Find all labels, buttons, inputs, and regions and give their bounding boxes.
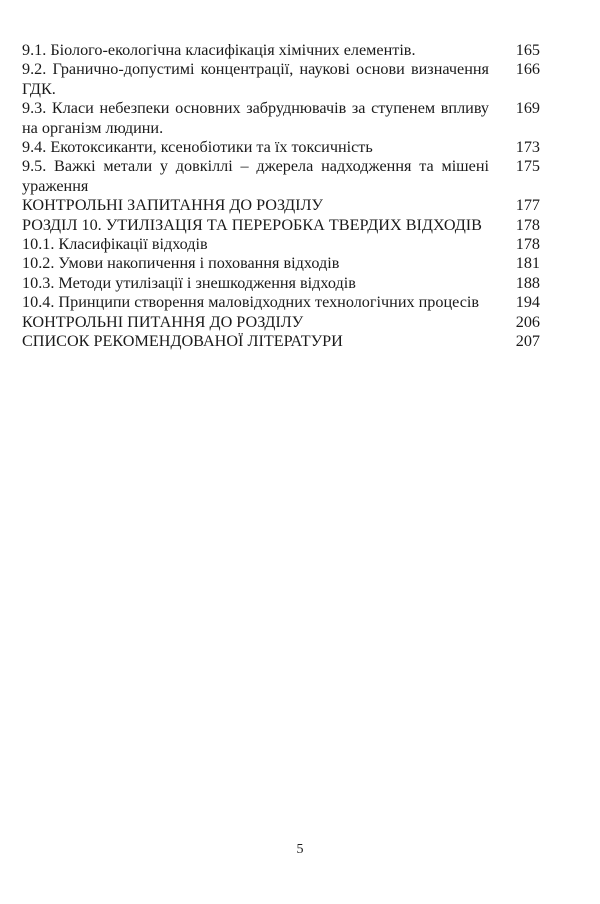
toc-entry-page: 177 [500, 196, 544, 215]
toc-entry: 9.3. Класи небезпеки основних забруднюва… [22, 99, 544, 138]
toc-entry: 9.5. Важкі метали у довкіллі – джерела н… [22, 157, 544, 196]
toc-entry: КОНТРОЛЬНІ ПИТАННЯ ДО РОЗДІЛУ 206 [22, 313, 544, 332]
toc-entry: 9.2. Гранично-допустимі концентрації, на… [22, 60, 544, 99]
toc-entry: КОНТРОЛЬНІ ЗАПИТАННЯ ДО РОЗДІЛУ 177 [22, 196, 544, 215]
toc-entry-page: 173 [500, 138, 544, 157]
page-number: 5 [0, 842, 600, 858]
toc-entry-title: КОНТРОЛЬНІ ПИТАННЯ ДО РОЗДІЛУ [22, 313, 489, 332]
toc-entry-page: 175 [500, 157, 544, 176]
toc-entry-page: 178 [500, 235, 544, 254]
toc-entry-page: 206 [500, 313, 544, 332]
toc-entry: 10.1. Класифікації відходів 178 [22, 235, 544, 254]
toc-entry-page: 188 [500, 274, 544, 293]
toc-entry-page: 178 [500, 216, 544, 235]
toc-entry-page: 181 [500, 254, 544, 273]
toc-entry-title: РОЗДІЛ 10. УТИЛІЗАЦІЯ ТА ПЕРЕРОБКА ТВЕРД… [22, 216, 489, 235]
toc-entry-title: 10.2. Умови накопичення і поховання відх… [22, 254, 489, 273]
toc-entry-title: 10.1. Класифікації відходів [22, 235, 489, 254]
toc-entry-page: 169 [500, 99, 544, 118]
toc-entry-title: 9.1. Біолого-екологічна класифікація хім… [22, 41, 489, 60]
toc-entry: 10.3. Методи утилізації і знешкодження в… [22, 274, 544, 293]
table-of-contents: 9.1. Біолого-екологічна класифікація хім… [22, 41, 544, 352]
toc-entry: 9.4. Екотоксиканти, ксенобіотики та їх т… [22, 138, 544, 157]
toc-entry: РОЗДІЛ 10. УТИЛІЗАЦІЯ ТА ПЕРЕРОБКА ТВЕРД… [22, 216, 544, 235]
toc-entry-title: СПИСОК РЕКОМЕНДОВАНОЇ ЛІТЕРАТУРИ [22, 332, 489, 351]
toc-entry-page: 194 [500, 293, 544, 312]
toc-entry-title: 9.4. Екотоксиканти, ксенобіотики та їх т… [22, 138, 489, 157]
toc-entry-page: 165 [500, 41, 544, 60]
toc-entry-title: КОНТРОЛЬНІ ЗАПИТАННЯ ДО РОЗДІЛУ [22, 196, 489, 215]
toc-entry-page: 207 [500, 332, 544, 351]
toc-entry-title: 10.4. Принципи створення маловідходних т… [22, 293, 489, 312]
toc-entry: 9.1. Біолого-екологічна класифікація хім… [22, 41, 544, 60]
toc-entry-title: 9.2. Гранично-допустимі концентрації, на… [22, 60, 489, 99]
toc-entry-page: 166 [500, 60, 544, 79]
toc-entry-title: 10.3. Методи утилізації і знешкодження в… [22, 274, 489, 293]
toc-entry-title: 9.5. Важкі метали у довкіллі – джерела н… [22, 157, 489, 196]
toc-entry: 10.2. Умови накопичення і поховання відх… [22, 254, 544, 273]
toc-entry-title: 9.3. Класи небезпеки основних забруднюва… [22, 99, 489, 138]
toc-entry: 10.4. Принципи створення маловідходних т… [22, 293, 544, 312]
toc-entry: СПИСОК РЕКОМЕНДОВАНОЇ ЛІТЕРАТУРИ 207 [22, 332, 544, 351]
